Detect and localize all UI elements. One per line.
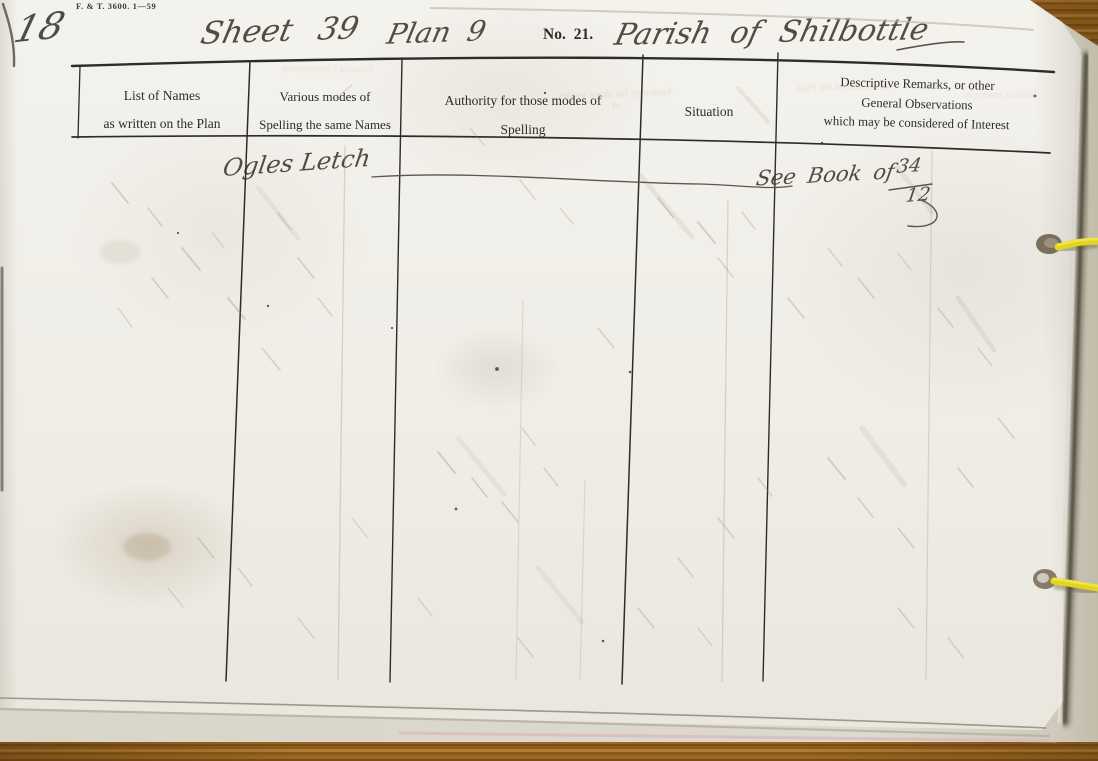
header-col-remarks: Descriptive Remarks, or other General Ob… — [781, 72, 1052, 137]
entry-name: Ogles Letch — [221, 144, 372, 182]
header-col-names-line1: List of Names — [72, 82, 252, 110]
entry-remarks-fraction-denominator: 12 — [904, 183, 932, 207]
header-col-authority-line2: Spelling — [408, 115, 638, 144]
sheet-label: Sheet 39 — [198, 10, 363, 51]
page-number: 18 — [10, 4, 70, 52]
header-col-spelling-modes: Various modes of Spelling the same Names — [247, 83, 403, 139]
header-col-names: List of Names as written on the Plan — [72, 82, 252, 138]
header-col-situation: Situation — [645, 98, 773, 126]
entry-remarks: See Book of — [754, 159, 896, 190]
parish-title: Parish of Shilbottle — [611, 12, 932, 52]
header-col-names-line2: as written on the Plan — [72, 110, 252, 138]
header-col-spelling-modes-line1: Various modes of — [247, 83, 403, 111]
page-content: 18 F. & T. 3600. 1—59 Sheet 39 Plan 9 No… — [0, 0, 1098, 761]
entry-remarks-fraction-numerator: 34 — [895, 154, 923, 178]
form-reference: F. & T. 3600. 1—59 — [76, 1, 156, 11]
scanned-name-book-photo: { "document": { "page_number": "18", "fo… — [0, 0, 1098, 761]
document-page: 18 F. & T. 3600. 1—59 Sheet 39 Plan 9 No… — [0, 0, 1098, 761]
header-col-authority: Authority for those modes of Spelling — [408, 86, 638, 144]
bleedthrough-text: General Observations — [252, 63, 402, 77]
header-col-authority-line1: Authority for those modes of — [408, 86, 638, 115]
no-label: No. 21. — [543, 26, 593, 44]
plan-label: Plan 9 — [384, 14, 489, 50]
header-col-spelling-modes-line2: Spelling the same Names — [247, 111, 403, 139]
